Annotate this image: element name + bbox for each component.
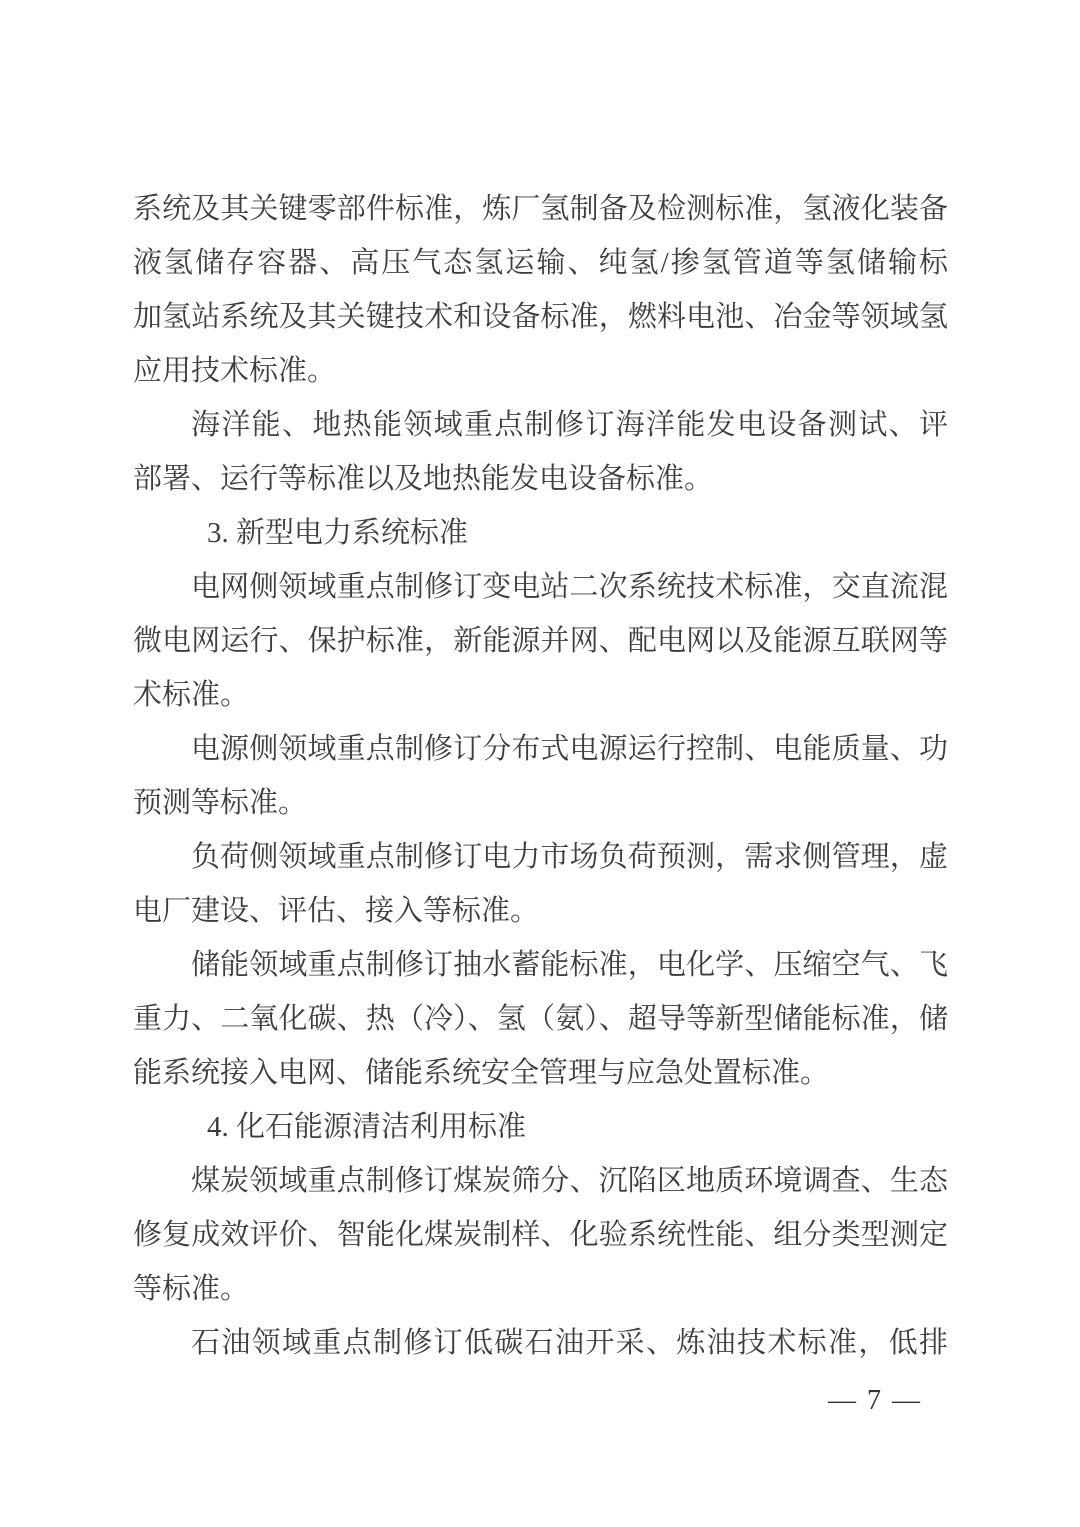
document-page: 系统及其关键零部件标准，炼厂氢制备及检测标准，氢液化装备与 液氢储存容器、高压气… (0, 0, 1080, 1527)
text-line: 微电网运行、保护标准，新能源并网、配电网以及能源互联网等技 (133, 614, 948, 668)
text-line: 电源侧领域重点制修订分布式电源运行控制、电能质量、功率 (133, 722, 948, 776)
text-line: 应用技术标准。 (133, 344, 948, 398)
text-line: 负荷侧领域重点制修订电力市场负荷预测，需求侧管理，虚拟 (133, 830, 948, 884)
text-line: 电网侧领域重点制修订变电站二次系统技术标准，交直流混合 (133, 560, 948, 614)
text-line: 石油领域重点制修订低碳石油开采、炼油技术标准，低排放、 (133, 1316, 948, 1370)
text-line: 等标准。 (133, 1262, 948, 1316)
text-line: 修复成效评价、智能化煤炭制样、化验系统性能、组分类型测定 (133, 1208, 948, 1262)
section-heading-3: 3. 新型电力系统标准 (133, 506, 948, 560)
text-line: 部署、运行等标准以及地热能发电设备标准。 (133, 452, 948, 506)
page-number: — 7 — (828, 1384, 922, 1418)
text-line: 加氢站系统及其关键技术和设备标准，燃料电池、冶金等领域氢能 (133, 290, 948, 344)
text-line: 液氢储存容器、高压气态氢运输、纯氢/掺氢管道等氢储输标准， (133, 236, 948, 290)
text-line: 重力、二氧化碳、热（冷）、氢（氨）、超导等新型储能标准，储 (133, 992, 948, 1046)
text-line: 系统及其关键零部件标准，炼厂氢制备及检测标准，氢液化装备与 (133, 182, 948, 236)
text-line: 储能领域重点制修订抽水蓄能标准，电化学、压缩空气、飞轮、 (133, 938, 948, 992)
text-line: 电厂建设、评估、接入等标准。 (133, 884, 948, 938)
document-body: 系统及其关键零部件标准，炼厂氢制备及检测标准，氢液化装备与 液氢储存容器、高压气… (133, 182, 948, 1370)
section-heading-4: 4. 化石能源清洁利用标准 (133, 1100, 948, 1154)
text-line: 预测等标准。 (133, 776, 948, 830)
text-line: 能系统接入电网、储能系统安全管理与应急处置标准。 (133, 1046, 948, 1100)
text-line: 海洋能、地热能领域重点制修订海洋能发电设备测试、评估、 (133, 398, 948, 452)
text-line: 煤炭领域重点制修订煤炭筛分、沉陷区地质环境调查、生态 (133, 1154, 948, 1208)
text-line: 术标准。 (133, 668, 948, 722)
